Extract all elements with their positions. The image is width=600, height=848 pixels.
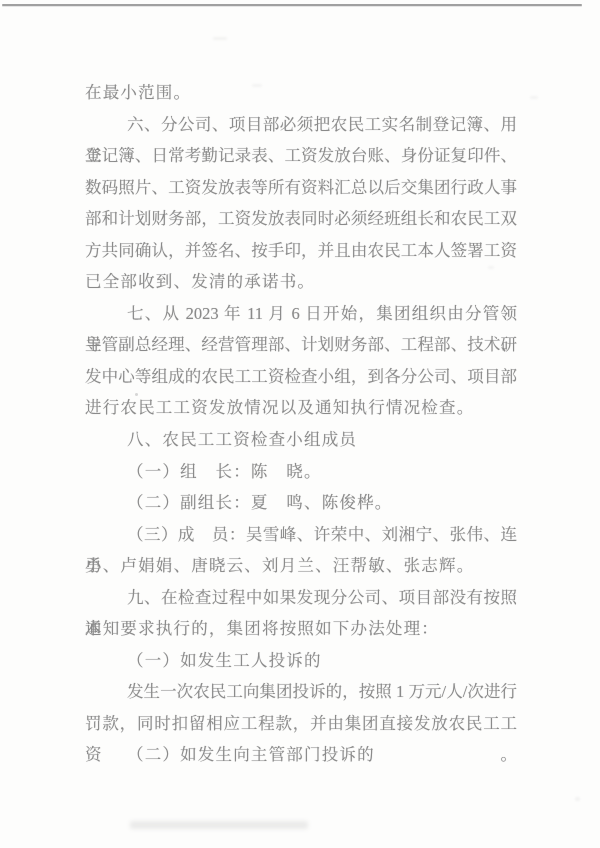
scan-speck (575, 797, 580, 801)
document-line: （二）副组长：夏 鸣、陈俊桦。 (85, 487, 517, 519)
document-line: （三）成 员：吴雪峰、许荣中、刘湘宁、张伟、连小 (85, 519, 517, 551)
document-line: 九、在检查过程中如果发现分公司、项目部没有按照本 (85, 582, 517, 614)
scan-speck (530, 96, 538, 99)
document-line: 六、分公司、项目部必须把农民工实名制登记簿、用工 (85, 109, 517, 141)
document-line: （一）组 长：陈 晓。 (85, 456, 517, 488)
scan-speck (488, 266, 494, 269)
scan-speck (130, 821, 308, 829)
document-line: 在最小范围。 (85, 77, 517, 109)
document-line: 发生一次农民工向集团投诉的，按照 1 万元/人/次进行 (85, 676, 517, 708)
document-line: 罚款，同时扣留相应工程款，并由集团直接发放农民工工资。 (85, 708, 517, 740)
document-line: 主管副总经理、经营管理部、计划财务部、工程部、技术研 (85, 329, 517, 361)
scan-speck (135, 393, 138, 396)
document-line: 登记簿、日常考勤记录表、工资发放台账、身份证复印件、 (85, 140, 517, 172)
scan-edge-line (2, 4, 582, 6)
document-line: 方共同确认，并签名、按手印，并且由农民工本人签署工资 (85, 235, 517, 267)
document-body: 在最小范围。六、分公司、项目部必须把农民工实名制登记簿、用工登记簿、日常考勤记录… (85, 77, 517, 771)
document-line: 进行农民工工资发放情况以及通知执行情况检查。 (85, 392, 517, 424)
document-line: 八、农民工工资检查小组成员 (85, 424, 517, 456)
document-line: 部和计划财务部，工资发放表同时必须经班组长和农民工双 (85, 203, 517, 235)
document-line: 发中心等组成的农民工工资检查小组，到各分公司、项目部 (85, 361, 517, 393)
scan-speck (252, 84, 262, 87)
scan-speck (213, 37, 227, 40)
document-line: 勇、卢娟娟、唐晓云、刘月兰、汪帮敏、张志辉。 (85, 550, 517, 582)
document-line: 七、从 2023 年 11 月 6 日开始，集团组织由分管领导、 (85, 298, 517, 330)
scanned-page: 在最小范围。六、分公司、项目部必须把农民工实名制登记簿、用工登记簿、日常考勤记录… (0, 0, 600, 848)
document-line: 已全部收到、发清的承诺书。 (85, 266, 517, 298)
document-line: 数码照片、工资发放表等所有资料汇总以后交集团行政人事 (85, 172, 517, 204)
document-line: （一）如发生工人投诉的 (85, 645, 517, 677)
document-line: 通知要求执行的，集团将按照如下办法处理： (85, 613, 517, 645)
